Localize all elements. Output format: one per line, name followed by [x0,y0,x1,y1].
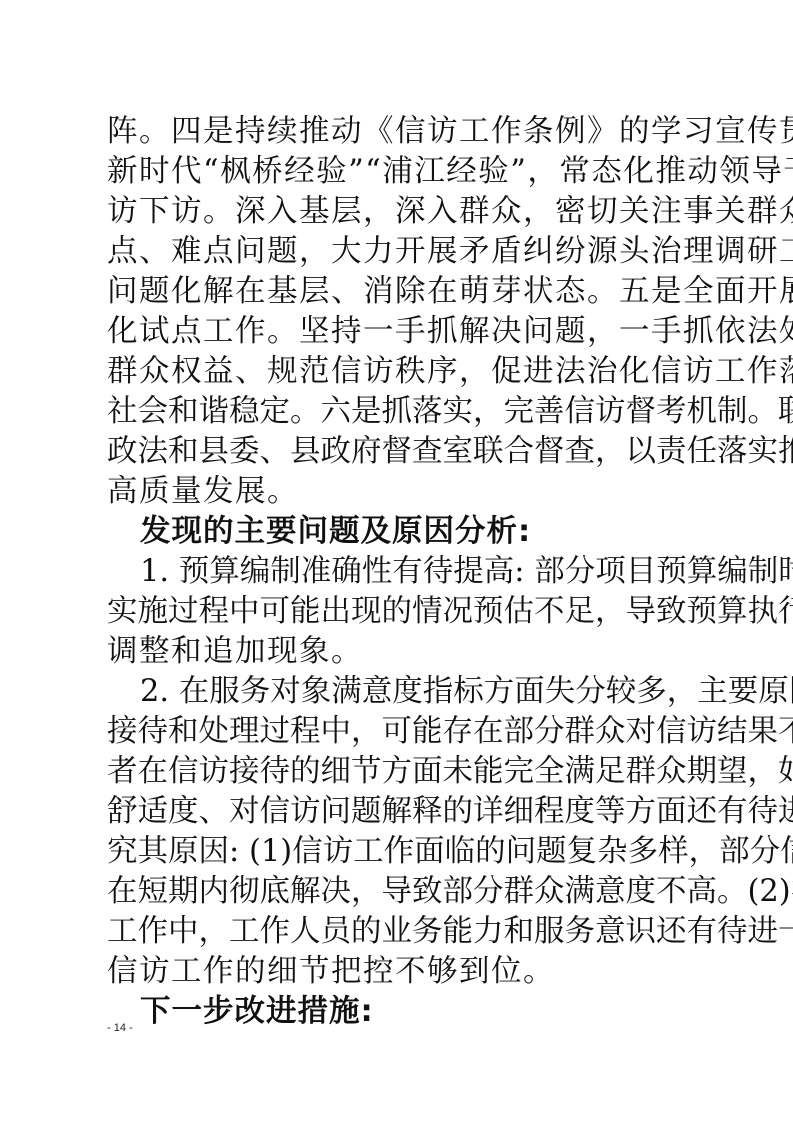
body-line: 新时代“枫桥经验”“浦江经验”，常态化推动领导干部接访约 [107,152,693,192]
problem-1-line: 实施过程中可能出现的情况预估不足，导致预算执行过程中出现 [107,592,693,632]
page-number: - 14 - [107,1022,133,1034]
problem-2-line: 者在信访接待的细节方面未能完全满足群众期望，如接待环境的 [107,752,693,792]
problem-1-line: 1. 预算编制准确性有待提高: 部分项目预算编制时，对项目 [140,552,726,592]
body-line: 问题化解在基层、消除在萌芽状态。五是全面开展信访工作法治 [107,272,693,312]
problem-2-line: 接待和处理过程中，可能存在部分群众对信访结果不够满意，或 [107,712,693,752]
section-heading-problems: 发现的主要问题及原因分析: [140,512,726,552]
body-line: 社会和谐稳定。六是抓落实，完善信访督考机制。联合纪检、组织、 [107,392,693,432]
problem-2-line: 工作中，工作人员的业务能力和服务意识还有待进一步提升，对 [107,912,693,952]
body-line: 点、难点问题，大力开展矛盾纠纷源头治理调研工作，确保信访 [107,232,693,272]
problem-2-line: 2. 在服务对象满意度指标方面失分较多，主要原因是在信访 [140,672,726,712]
problem-2-line: 在短期内彻底解决，导致部分群众满意度不高。(2)在信访接待 [107,872,693,912]
problem-2-line: 信访工作的细节把控不够到位。 [107,952,693,992]
body-line: 政法和县委、县政府督查室联合督查，以责任落实推进全县信访工作 [107,432,693,472]
problem-2-line: 舒适度、对信访问题解释的详细程度等方面还有待进一步提高。 [107,792,693,832]
body-line: 群众权益、规范信访秩序，促进法治化信访工作落地见效，维护 [107,352,693,392]
body-line: 阵。四是持续推动《信访工作条例》的学习宣传贯彻工作。借鉴 [107,112,693,152]
body-line: 访下访。深入基层，深入群众，密切关注事关群众切身利益的焦 [107,192,693,232]
problem-2-line: 究其原因: (1)信访工作面临的问题复杂多样，部分信访问题难以 [107,832,693,872]
section-heading-next-steps: 下一步改进措施: [140,992,726,1032]
body-line: 化试点工作。坚持一手抓解决问题，一手抓依法处置，依法维护 [107,312,693,352]
problem-1-line: 调整和追加现象。 [107,632,693,672]
document-page: 阵。四是持续推动《信访工作条例》的学习宣传贯彻工作。借鉴 新时代“枫桥经验”“浦… [0,0,793,1122]
body-line: 高质量发展。 [107,472,693,512]
